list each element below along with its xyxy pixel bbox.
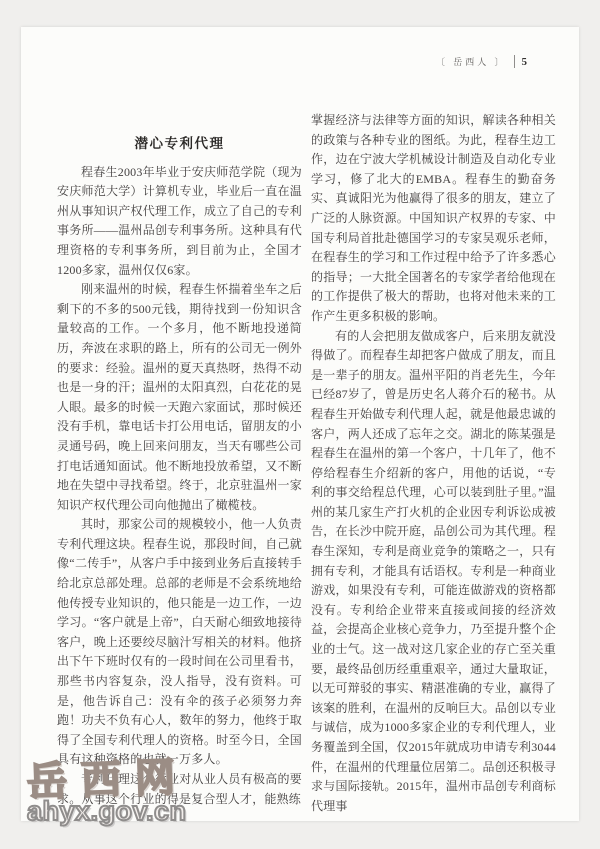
page-header: 〔 岳西人 〕 5 bbox=[436, 55, 527, 68]
paragraph-left-3: 其时，那家公司的规模较小，他一人负责专利代理这块。程春生说，那段时间，自己就像“… bbox=[57, 515, 302, 770]
left-column: 潜心专利代理 程春生2003年毕业于安庆师范学院（现为安庆师范大学）计算机专业，… bbox=[57, 134, 302, 809]
paragraph-left-2: 刚来温州的时候，程春生怀揣着坐车之后剩下的不多的500元钱，期待找到一份知识含量… bbox=[57, 280, 302, 515]
scan-background: 〔 岳西人 〕 5 潜心专利代理 程春生2003年毕业于安庆师范学院（现为安庆师… bbox=[0, 0, 600, 849]
header-divider bbox=[514, 55, 515, 68]
page-number: 5 bbox=[522, 56, 528, 68]
watermark: 岳西网 ahyx.gov.cn bbox=[27, 760, 189, 825]
paragraph-right-2: 有的人会把朋友做成客户，后来朋友就没得做了。而程春生却把客户做成了朋友，而且是一… bbox=[311, 327, 556, 817]
paragraph-right-1: 掌握经济与法律等方面的知识，解读各种相关的政策与各种专业的图纸。为此，程春生边工… bbox=[311, 111, 556, 327]
magazine-page: 〔 岳西人 〕 5 潜心专利代理 程春生2003年毕业于安庆师范学院（现为安庆师… bbox=[21, 27, 579, 821]
section-title: 潜心专利代理 bbox=[57, 134, 302, 154]
journal-label: 〔 岳西人 〕 bbox=[436, 55, 507, 68]
paragraph-left-1: 程春生2003年毕业于安庆师范学院（现为安庆师范大学）计算机专业，毕业后一直在温… bbox=[57, 163, 302, 281]
watermark-logo-text: 岳西网 bbox=[26, 757, 189, 803]
right-column: 掌握经济与法律等方面的知识，解读各种相关的政策与各种专业的图纸。为此，程春生边工… bbox=[311, 111, 556, 816]
